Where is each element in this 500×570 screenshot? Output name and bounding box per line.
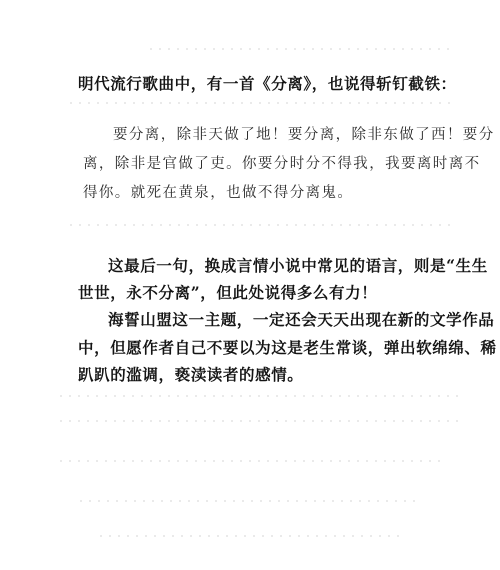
scan-noise bbox=[80, 500, 420, 502]
paragraph-line: 海誓山盟这一主题，一定还会天天出现在新的文学作品 bbox=[108, 310, 494, 330]
scanned-page: 明代流行歌曲中，有一首《分离》，也说得斩钉截铁： 要分离，除非天做了地！要分离，… bbox=[0, 0, 500, 570]
quote-line: 要分离，除非天做了地！要分离，除非东做了西！要分 bbox=[113, 125, 495, 145]
paragraph-line: 中，但愿作者自己不要以为这是老生常谈，弹出软绵绵、稀 bbox=[78, 338, 497, 358]
scan-noise bbox=[60, 460, 440, 462]
scan-noise bbox=[70, 224, 450, 226]
scan-noise bbox=[70, 102, 450, 104]
paragraph-line: 这最后一句，换成言情小说中常见的语言，则是“生生 bbox=[108, 256, 488, 276]
paragraph-line: 世世，永不分离”，但此处说得多么有力！ bbox=[78, 283, 377, 303]
intro-line: 明代流行歌曲中，有一首《分离》，也说得斩钉截铁： bbox=[78, 74, 457, 94]
scan-noise bbox=[60, 395, 460, 397]
scan-noise bbox=[100, 535, 400, 537]
scan-noise bbox=[150, 48, 450, 50]
scan-noise bbox=[60, 420, 460, 422]
quote-line: 离，除非是官做了吏。你要分时分不得我，我要离时离不 bbox=[83, 154, 481, 174]
paragraph-line: 趴趴的滥调，亵渎读者的感情。 bbox=[78, 365, 303, 385]
quote-line: 得你。就死在黄泉，也做不得分离鬼。 bbox=[83, 183, 353, 203]
